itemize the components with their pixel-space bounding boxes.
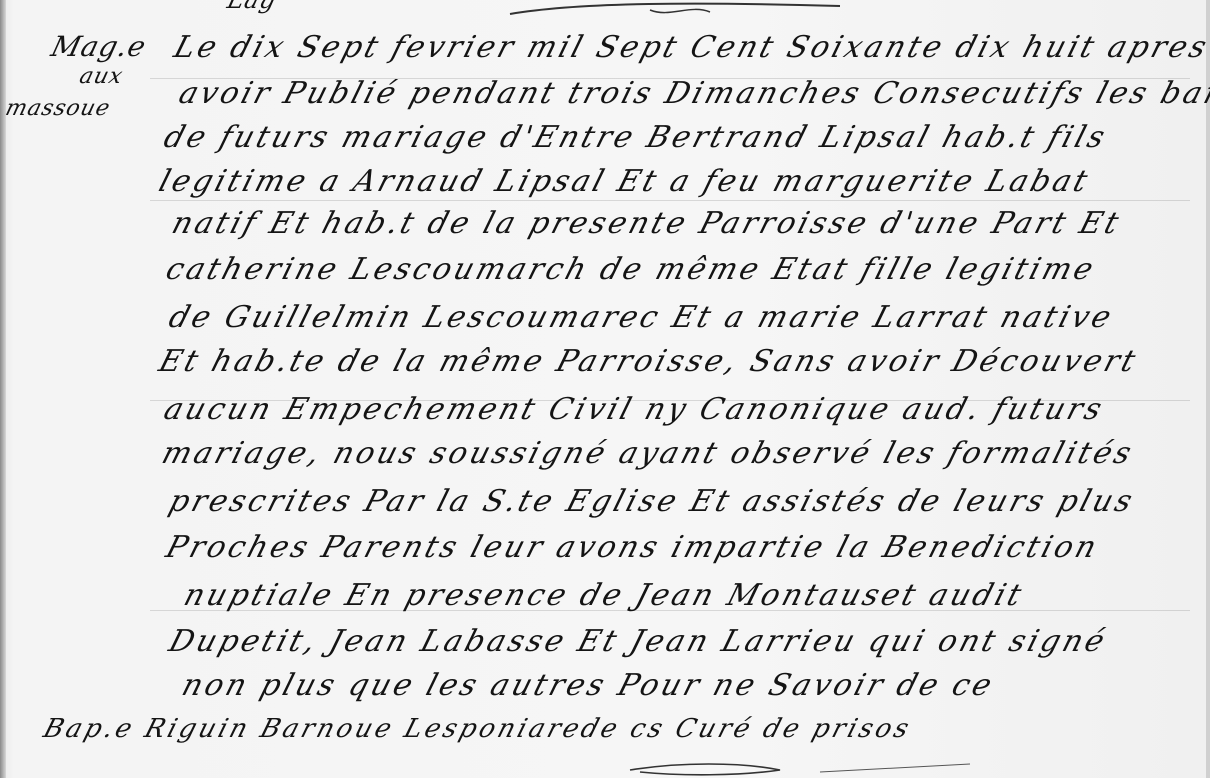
margin-note-line-3: massoue	[3, 96, 113, 121]
margin-note-line-1: Mag.e	[48, 30, 150, 63]
text-line-4: legitime a Arnaud Lipsal Et a feu margue…	[155, 164, 1094, 199]
text-line-3: de futurs mariage d'Entre Bertrand Lipsa…	[160, 120, 1111, 155]
top-flourish-stroke	[500, 0, 850, 18]
text-line-1: Le dix Sept fevrier mil Sept Cent Soixan…	[170, 30, 1210, 65]
text-line-13: nuptiale En presence de Jean Montauset a…	[180, 578, 1028, 613]
top-fragment: Lag	[225, 0, 281, 14]
page-right-edge	[1206, 0, 1210, 778]
text-line-14: Dupetit, Jean Labasse Et Jean Larrieu qu…	[165, 624, 1111, 659]
text-line-9: aucun Empechement Civil ny Canonique aud…	[160, 392, 1109, 427]
text-line-16-signatures: Bap.e Riguin Barnoue Lesponiarede cs Cur…	[40, 714, 915, 744]
text-line-6: catherine Lescoumarch de même Etat fille…	[162, 252, 1100, 287]
text-line-12: Proches Parents leur avons impartie la B…	[162, 530, 1103, 565]
text-line-7: de Guillelmin Lescoumarec Et a marie Lar…	[165, 300, 1118, 335]
text-line-10: mariage, nous soussigné ayant observé le…	[158, 436, 1138, 471]
text-line-2: avoir Publié pendant trois Dimanches Con…	[175, 76, 1210, 111]
text-line-15: non plus que les autres Pour ne Savoir d…	[178, 668, 999, 703]
signature-flourish	[620, 760, 980, 778]
text-line-5: natif Et hab.t de la presente Parroisse …	[168, 206, 1125, 241]
text-line-8: Et hab.te de la même Parroisse, Sans avo…	[155, 344, 1142, 379]
text-line-11: prescrites Par la S.te Eglise Et assisté…	[165, 484, 1139, 519]
margin-note-line-2: aux	[77, 64, 126, 89]
manuscript-page: Lag Mag.e aux massoue Le dix Sept fevrie…	[0, 0, 1210, 778]
ruled-line	[150, 200, 1190, 201]
